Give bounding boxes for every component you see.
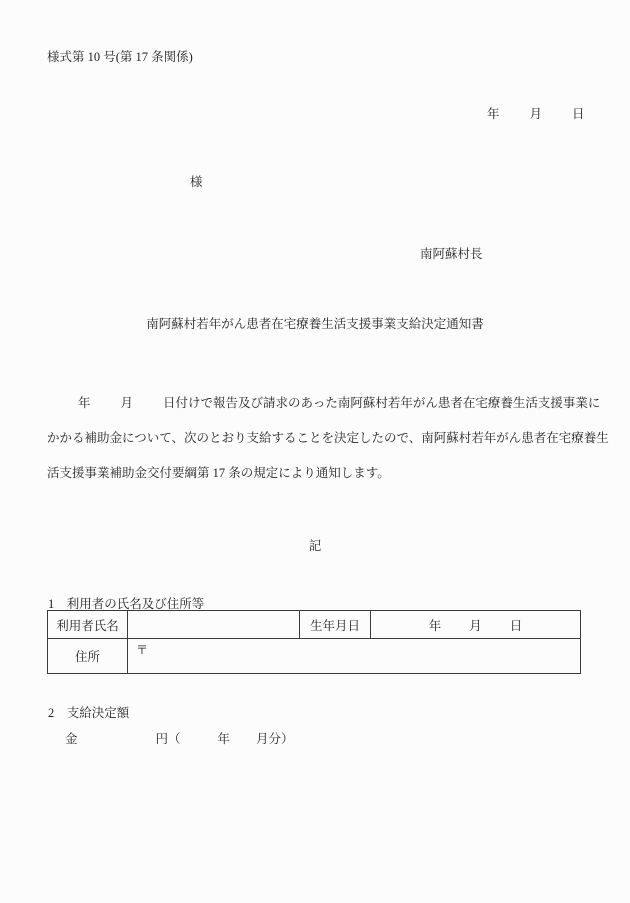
birth-day-label: 日 — [510, 619, 523, 633]
amount-month-label: 月分） — [256, 729, 294, 747]
issue-date-month-label: 月 — [530, 104, 543, 122]
section2-heading: 2 支給決定額 — [48, 703, 129, 721]
amount-year-label: 年 — [218, 729, 231, 747]
document-title: 南阿蘇村若年がん患者在宅療養生活支援事業支給決定通知書 — [0, 314, 630, 332]
body-line-3: 活支援事業補助金交付要綱第 17 条の規定により通知します。 — [47, 463, 390, 481]
address-label: 住所 — [48, 639, 128, 674]
amount-line: 金円（年月分） — [65, 729, 294, 747]
body-date-month-label: 月 — [121, 396, 134, 410]
form-number: 様式第 10 号(第 17 条関係) — [47, 47, 193, 65]
sender-title: 南阿蘇村長 — [420, 244, 483, 262]
birth-month-label: 月 — [469, 619, 482, 633]
issue-date-line: 年月日 — [487, 104, 585, 122]
document-page: 様式第 10 号(第 17 条関係) 年月日 様 南阿蘇村長 南阿蘇村若年がん患… — [0, 0, 630, 903]
user-info-table: 利用者氏名 生年月日 年月日 住所 〒 — [47, 610, 581, 674]
issue-date-year-label: 年 — [487, 104, 500, 122]
addressee-honorific: 様 — [190, 172, 203, 190]
body-date-year-label: 年 — [78, 396, 91, 410]
postal-mark: 〒 — [136, 641, 148, 658]
user-name-value — [128, 611, 300, 639]
birth-date-value: 年月日 — [371, 611, 581, 639]
user-name-label: 利用者氏名 — [48, 611, 128, 639]
amount-kin-label: 金 — [65, 729, 78, 747]
address-value: 〒 — [128, 639, 581, 674]
birth-date-label: 生年月日 — [300, 611, 371, 639]
body-line-1-text: 日付けで報告及び請求のあった南阿蘇村若年がん患者在宅療養生活支援事業に — [163, 396, 600, 410]
record-marker: 記 — [0, 536, 630, 554]
amount-yen-label: 円（ — [156, 729, 181, 747]
body-line-2: かかる補助金について、次のとおり支給することを決定したので、南阿蘇村若年がん患者… — [47, 428, 609, 446]
birth-year-label: 年 — [429, 619, 442, 633]
body-line-1: 年月日付けで報告及び請求のあった南阿蘇村若年がん患者在宅療養生活支援事業に — [47, 393, 600, 411]
issue-date-day-label: 日 — [572, 104, 585, 122]
